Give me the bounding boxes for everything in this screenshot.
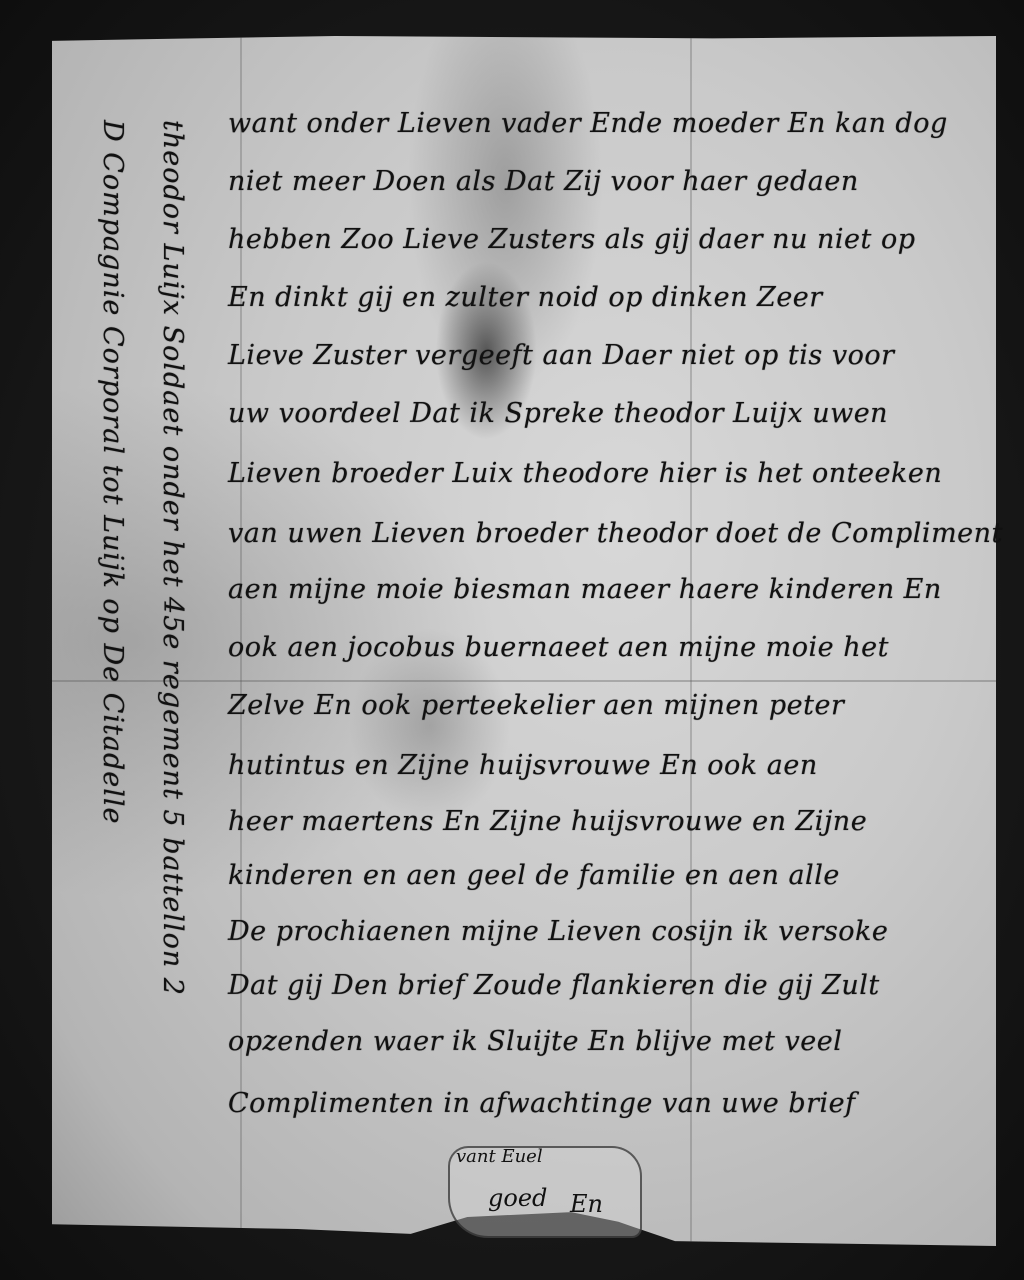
body-line: niet meer Doen als Dat Zij voor haer ged… [228, 166, 859, 197]
body-line: Lieve Zuster vergeeft aan Daer niet op t… [228, 340, 895, 371]
body-line: hebben Zoo Lieve Zusters als gij daer nu… [228, 224, 916, 255]
body-line: ook aen jocobus buernaeet aen mijne moie… [228, 632, 889, 663]
patch-text-line: En [570, 1190, 603, 1218]
body-line: Zelve En ook perteekelier aen mijnen pet… [228, 690, 844, 721]
body-line: En dinkt gij en zulter noid op dinken Ze… [228, 282, 823, 313]
fold-crease-horizontal [52, 680, 996, 682]
body-line: Complimenten in afwachtinge van uwe brie… [228, 1088, 856, 1119]
body-line: van uwen Lieven broeder theodor doet de … [228, 518, 1003, 549]
margin-note-line-1: theodor Luijx Soldaet onder het 45e rege… [157, 120, 188, 996]
patch-text-line: goed [488, 1184, 547, 1212]
body-line: uw voordeel Dat ik Spreke theodor Luijx … [228, 398, 888, 429]
body-line: heer maertens En Zijne huijsvrouwe en Zi… [228, 806, 867, 837]
body-line: Dat gij Den brief Zoude flankieren die g… [228, 970, 880, 1001]
body-line: Lieven broeder Luix theodore hier is het… [228, 458, 942, 489]
margin-note-line-2: D Compagnie Corporal tot Luijk op De Cit… [97, 120, 128, 824]
body-line: want onder Lieven vader Ende moeder En k… [228, 108, 948, 139]
body-line: aen mijne moie biesman maeer haere kinde… [228, 574, 942, 605]
patch-text-line: vant Euel [456, 1146, 543, 1167]
body-line: hutintus en Zijne huijsvrouwe En ook aen [228, 750, 818, 781]
repair-patch: vant Euel goed En [448, 1146, 642, 1238]
body-line: De prochiaenen mijne Lieven cosijn ik ve… [228, 916, 888, 947]
body-line: opzenden waer ik Sluijte En blijve met v… [228, 1026, 842, 1057]
body-line: kinderen en aen geel de familie en aen a… [228, 860, 840, 891]
